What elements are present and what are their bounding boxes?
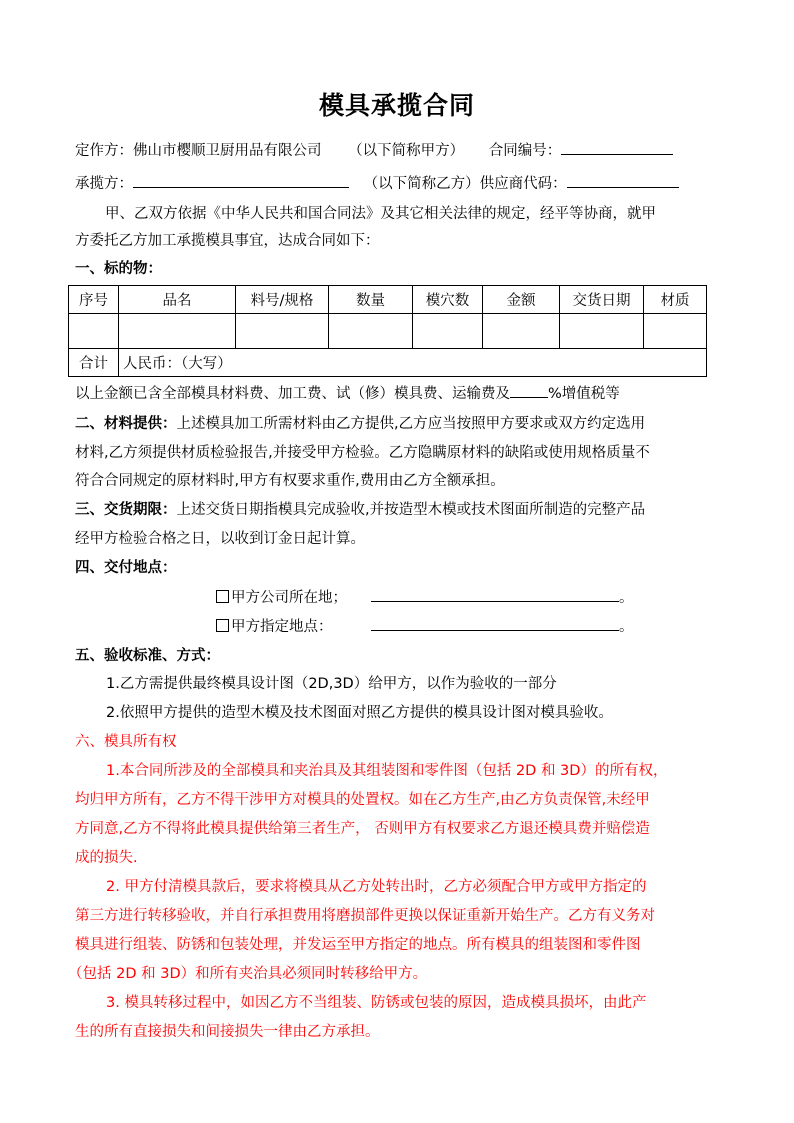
section-6-item-3-line-2: 生的所有直接损失和间接损失一律由乙方承担。 [75, 1022, 380, 1042]
party-b-name-field[interactable] [133, 173, 349, 188]
delivery-option-1-label: 甲方公司所在地； [231, 588, 371, 608]
section-1-heading: 一、标的物： [75, 259, 162, 279]
party-b-alias: （以下简称乙方） [364, 176, 480, 192]
delivery-option-2-label: 甲方指定地点： [231, 617, 371, 637]
col-header-seq: 序号 [69, 286, 119, 314]
intro-line-2: 方委托乙方加工承揽模具事宜，达成合同如下： [75, 231, 380, 251]
party-b-line: 承揽方： （以下简称乙方）供应商代码： [75, 173, 679, 194]
intro-line-1: 甲、乙双方依据《中华人民共和国合同法》及其它相关法律的规定，经平等协商，就甲 [105, 204, 656, 224]
vat-rate-field[interactable] [510, 383, 548, 398]
section-6-item-3-line-1: 3. 模具转移过程中，如因乙方不当组装、防锈或包装的原因，造成模具损坏，由此产 [106, 993, 646, 1013]
section-5-item-1: 1.乙方需提供最终模具设计图（2D,3D）给甲方，以作为验收的一部分 [106, 674, 557, 694]
col-header-amount: 金额 [483, 286, 560, 314]
checkbox-party-a-address[interactable] [216, 590, 229, 603]
section-2-line-2: 材料,乙方须提供材质检验报告,并接受甲方检验。乙方隐瞒原材料的缺陷或使用规格质量… [75, 443, 650, 463]
period: 。 [619, 619, 634, 635]
cell-part-no[interactable] [236, 314, 329, 349]
checkbox-designated-location[interactable] [216, 619, 229, 632]
designated-location-field[interactable] [371, 616, 619, 631]
section-6-item-1-line-4: 成的损失. [75, 848, 138, 868]
section-5-item-2: 2.依照甲方提供的造型木模及技术图面对照乙方提供的模具设计图对模具验收。 [106, 703, 613, 723]
section-2-line-3: 符合合同规定的原材料时,甲方有权要求重作,费用由乙方全额承担。 [75, 471, 505, 491]
section-6-item-1-line-2: 均归甲方所有，乙方不得干涉甲方对模具的处置权。如在乙方生产,由乙方负责保管,未经… [75, 790, 650, 810]
section-3-line-2: 经甲方检验合格之日，以收到订金日起计算。 [75, 529, 365, 549]
table-row [69, 314, 707, 349]
amount-note-suffix: %增值税等 [548, 386, 620, 402]
subject-matter-table: 序号 品名 料号/规格 数量 模穴数 金额 交货日期 材质 合计 人民币：（大写… [68, 285, 707, 377]
section-2-text-1: 上述模具加工所需材料由乙方提供,乙方应当按照甲方要求或双方约定选用 [177, 416, 646, 432]
amount-note: 以上金额已含全部模具材料费、加工费、试（修）模具费、运输费及%增值税等 [75, 383, 620, 404]
section-3-text-1: 上述交货日期指模具完成验收,并按造型木模或技术图面所制造的完整产品 [177, 502, 646, 518]
supplier-code-label: 供应商代码： [480, 176, 567, 192]
section-4-heading: 四、交付地点： [75, 558, 177, 578]
party-a-line: 定作方：佛山市樱顺卫厨用品有限公司 （以下简称甲方） 合同编号： [75, 140, 673, 161]
document-title: 模具承揽合同 [0, 86, 794, 122]
party-a-name: 佛山市樱顺卫厨用品有限公司 [133, 143, 322, 159]
section-6-heading: 六、模具所有权 [75, 732, 177, 752]
contract-no-field[interactable] [561, 140, 673, 155]
total-label: 合计 [69, 349, 119, 377]
cell-seq[interactable] [69, 314, 119, 349]
section-6-item-1-line-3: 方同意,乙方不得将此模具提供给第三者生产， 否则甲方有权要求乙方退还模具费并赔偿… [75, 819, 650, 839]
table-header-row: 序号 品名 料号/规格 数量 模穴数 金额 交货日期 材质 [69, 286, 707, 314]
section-6-item-2-line-4: （包括 2D 和 3D）和所有夹治具必须同时转移给甲方。 [68, 964, 427, 984]
col-header-cavities: 模穴数 [413, 286, 483, 314]
cell-cavities[interactable] [413, 314, 483, 349]
section-6-item-2-line-3: 模具进行组装、防锈和包装处理，并发运至甲方指定的地点。所有模具的组装图和零件图 [75, 935, 641, 955]
cell-qty[interactable] [329, 314, 413, 349]
section-6-item-1-line-1: 1.本合同所涉及的全部模具和夹治具及其组装图和零件图（包括 2D 和 3D）的所… [106, 761, 667, 781]
section-6-item-2-line-1: 2. 甲方付清模具款后，要求将模具从乙方处转出时，乙方必须配合甲方或甲方指定的 [106, 877, 646, 897]
section-2-heading: 二、材料提供： [75, 416, 177, 432]
cell-delivery-date[interactable] [560, 314, 644, 349]
contract-no-label: 合同编号： [489, 143, 562, 159]
table-total-row: 合计 人民币：（大写） [69, 349, 707, 377]
col-header-material: 材质 [644, 286, 707, 314]
delivery-option-1: 甲方公司所在地；。 [216, 587, 634, 608]
col-header-delivery-date: 交货日期 [560, 286, 644, 314]
party-a-address-field[interactable] [371, 587, 619, 602]
section-2-line-1: 二、材料提供：上述模具加工所需材料由乙方提供,乙方应当按照甲方要求或双方约定选用 [75, 414, 645, 434]
section-3-line-1: 三、交货期限：上述交货日期指模具完成验收,并按造型木模或技术图面所制造的完整产品 [75, 500, 645, 520]
period: 。 [619, 590, 634, 606]
party-a-label: 定作方： [75, 143, 133, 159]
section-5-heading: 五、验收标准、方式： [75, 646, 220, 666]
section-3-heading: 三、交货期限： [75, 502, 177, 518]
col-header-name: 品名 [119, 286, 236, 314]
party-b-label: 承揽方： [75, 176, 133, 192]
section-6-item-2-line-2: 第三方进行转移验收，并自行承担费用将磨损部件更换以保证重新开始生产。乙方有义务对 [75, 906, 655, 926]
delivery-option-2: 甲方指定地点：。 [216, 616, 634, 637]
party-a-alias: （以下简称甲方） [348, 143, 464, 159]
amount-note-prefix: 以上金额已含全部模具材料费、加工费、试（修）模具费、运输费及 [75, 386, 510, 402]
cell-name[interactable] [119, 314, 236, 349]
supplier-code-field[interactable] [567, 173, 679, 188]
col-header-qty: 数量 [329, 286, 413, 314]
total-value[interactable]: 人民币：（大写） [119, 349, 707, 377]
col-header-part-no: 料号/规格 [236, 286, 329, 314]
contract-page: 模具承揽合同 定作方：佛山市樱顺卫厨用品有限公司 （以下简称甲方） 合同编号： … [0, 0, 794, 1123]
cell-material[interactable] [644, 314, 707, 349]
cell-amount[interactable] [483, 314, 560, 349]
